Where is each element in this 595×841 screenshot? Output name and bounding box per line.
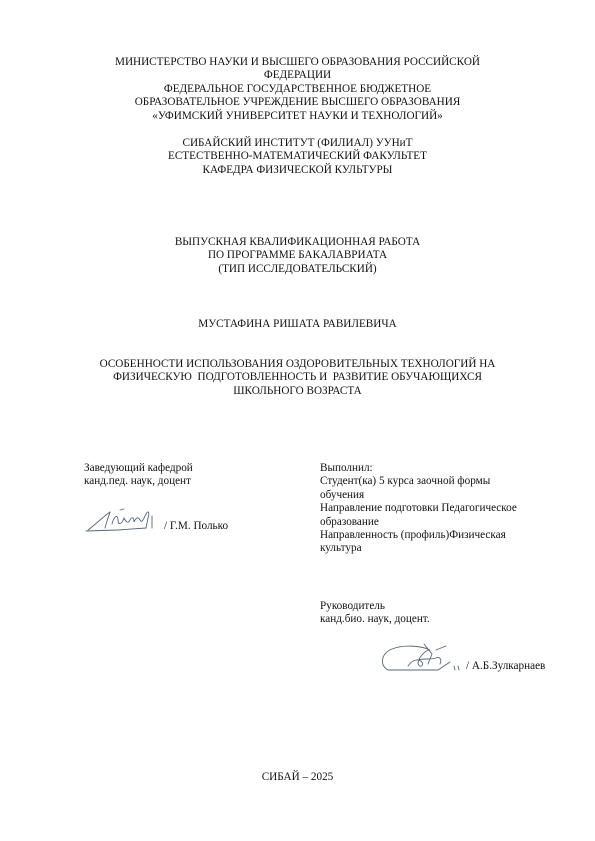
performer-line: культура xyxy=(320,542,530,555)
head-signature-name: / Г.М. Полько xyxy=(164,520,228,534)
author-name-text: МУСТАФИНА РИШАТА РАВИЛЕВИЧА xyxy=(0,318,595,331)
author-name: МУСТАФИНА РИШАТА РАВИЛЕВИЧА xyxy=(0,318,595,331)
supervisor-block: Руководитель канд.био. наук, доцент. xyxy=(320,600,430,627)
head-degree: канд.пед. наук, доцент xyxy=(84,475,193,488)
supervisor-degree: канд.био. наук, доцент. xyxy=(320,613,430,626)
ministry-line: ФЕДЕРАЛЬНОЕ ГОСУДАРСТВЕННОЕ БЮДЖЕТНОЕ xyxy=(0,83,595,96)
title-line: ОСОБЕННОСТИ ИСПОЛЬЗОВАНИЯ ОЗДОРОВИТЕЛЬНЫ… xyxy=(0,358,595,371)
title-line: ФИЗИЧЕСКУЮ ПОДГОТОВЛЕННОСТЬ И РАЗВИТИЕ О… xyxy=(0,371,595,384)
thesis-title: ОСОБЕННОСТИ ИСПОЛЬЗОВАНИЯ ОЗДОРОВИТЕЛЬНЫ… xyxy=(0,358,595,398)
ministry-line: МИНИСТЕРСТВО НАУКИ И ВЫСШЕГО ОБРАЗОВАНИЯ… xyxy=(0,56,595,69)
supervisor-signature-row: / А.Б.Зулкарнаев xyxy=(378,640,545,674)
performer-line: образование xyxy=(320,516,530,529)
work-type: ВЫПУСКНАЯ КВАЛИФИКАЦИОННАЯ РАБОТА ПО ПРО… xyxy=(0,236,595,276)
performer-line: Студент(ка) 5 курса заочной формы xyxy=(320,475,530,488)
department-name: КАФЕДРА ФИЗИЧЕСКОЙ КУЛЬТУРЫ xyxy=(0,164,595,177)
work-type-line: ПО ПРОГРАММЕ БАКАЛАВРИАТА xyxy=(0,249,595,262)
ministry-line: ФЕДЕРАЦИИ xyxy=(0,69,595,82)
performer-line: Направленность (профиль)Физическая xyxy=(320,529,530,542)
supervisor-role: Руководитель xyxy=(320,600,430,613)
city-year: СИБАЙ – 2025 xyxy=(0,771,595,783)
work-type-line: ВЫПУСКНАЯ КВАЛИФИКАЦИОННАЯ РАБОТА xyxy=(0,236,595,249)
institute-name: СИБАЙСКИЙ ИНСТИТУТ (ФИЛИАЛ) УУНиТ xyxy=(0,137,595,150)
ministry-header: МИНИСТЕРСТВО НАУКИ И ВЫСШЕГО ОБРАЗОВАНИЯ… xyxy=(0,56,595,123)
performer-block: Выполнил: Студент(ка) 5 курса заочной фо… xyxy=(320,462,530,556)
title-line: ШКОЛЬНОГО ВОЗРАСТА xyxy=(0,385,595,398)
institute-header: СИБАЙСКИЙ ИНСТИТУТ (ФИЛИАЛ) УУНиТ ЕСТЕСТ… xyxy=(0,137,595,177)
work-type-line: (ТИП ИССЛЕДОВАТЕЛЬСКИЙ) xyxy=(0,263,595,276)
faculty-name: ЕСТЕСТВЕННО-МАТЕМАТИЧЕСКИЙ ФАКУЛЬТЕТ xyxy=(0,150,595,163)
signature-icon xyxy=(84,506,162,534)
head-signature-row: / Г.М. Полько xyxy=(84,506,228,534)
head-of-department-block: Заведующий кафедрой канд.пед. наук, доце… xyxy=(84,462,193,489)
head-role: Заведующий кафедрой xyxy=(84,462,193,475)
university-name: «УФИМСКИЙ УНИВЕРСИТЕТ НАУКИ И ТЕХНОЛОГИЙ… xyxy=(0,110,595,123)
signature-icon xyxy=(378,640,464,674)
ministry-line: ОБРАЗОВАТЕЛЬНОЕ УЧРЕЖДЕНИЕ ВЫСШЕГО ОБРАЗ… xyxy=(0,96,595,109)
performer-line: обучения xyxy=(320,489,530,502)
performer-label: Выполнил: xyxy=(320,462,530,475)
supervisor-signature-name: / А.Б.Зулкарнаев xyxy=(466,660,545,674)
performer-line: Направление подготовки Педагогическое xyxy=(320,502,530,515)
